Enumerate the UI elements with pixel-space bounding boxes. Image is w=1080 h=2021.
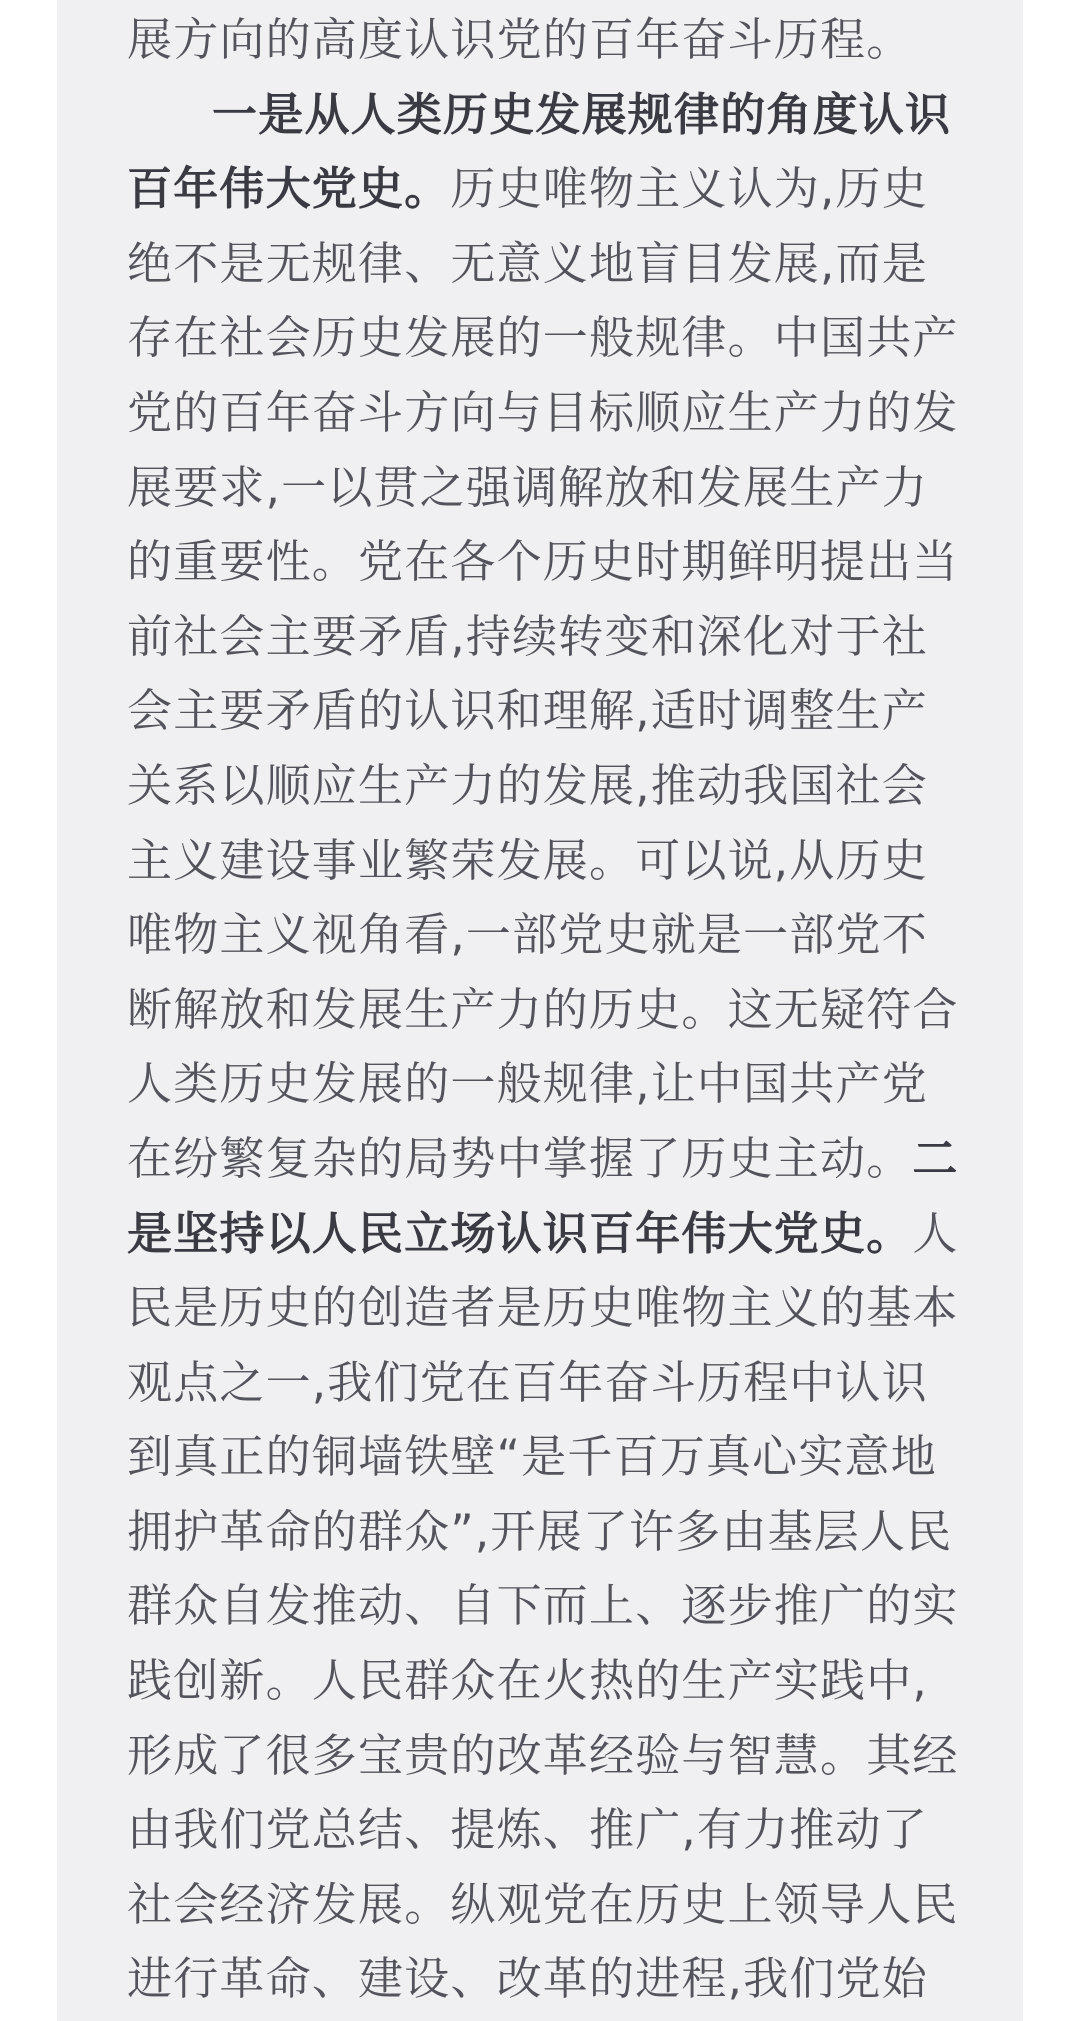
text-segment: 进行革命、建设、改革的进程,我们党始 bbox=[127, 1952, 928, 2005]
text-line: 人类历史发展的一般规律,让中国共产党 bbox=[127, 1047, 972, 1122]
text-segment: 形成了很多宝贵的改革经验与智慧。其经 bbox=[127, 1729, 959, 1782]
text-line: 在纷繁复杂的局势中掌握了历史主动。二 bbox=[127, 1122, 972, 1197]
text-segment: 在纷繁复杂的局势中掌握了历史主动。 bbox=[127, 1132, 912, 1185]
text-segment: 到真正的铜墙铁壁“是千百万真心实意地 bbox=[127, 1430, 937, 1483]
text-line: 绝不是无规律、无意义地盲目发展,而是 bbox=[127, 227, 972, 302]
article-content-column: 展方向的高度认识党的百年奋斗历程。一是从人类历史发展规律的角度认识百年伟大党史。… bbox=[57, 0, 1023, 2021]
text-segment: 历史唯物主义认为,历史 bbox=[450, 162, 928, 215]
text-segment: 主义建设事业繁荣发展。可以说,从历史 bbox=[127, 834, 928, 887]
text-line: 践创新。人民群众在火热的生产实践中, bbox=[127, 1644, 972, 1719]
text-segment: 拥护革命的群众”,开展了许多由基层人民 bbox=[127, 1505, 952, 1558]
text-segment: 践创新。人民群众在火热的生产实践中, bbox=[127, 1654, 928, 1707]
text-line: 百年伟大党史。历史唯物主义认为,历史 bbox=[127, 152, 972, 227]
text-line: 唯物主义视角看,一部党史就是一部党不 bbox=[127, 898, 972, 973]
bold-text-segment: 百年伟大党史。 bbox=[127, 162, 450, 215]
text-line: 展要求,一以贯之强调解放和发展生产力 bbox=[127, 451, 972, 526]
text-line: 存在社会历史发展的一般规律。中国共产 bbox=[127, 301, 972, 376]
text-line: 进行革命、建设、改革的进程,我们党始 bbox=[127, 1942, 972, 2017]
text-line: 展方向的高度认识党的百年奋斗历程。 bbox=[127, 3, 972, 78]
text-segment: 展方向的高度认识党的百年奋斗历程。 bbox=[127, 13, 912, 66]
text-line: 主义建设事业繁荣发展。可以说,从历史 bbox=[127, 824, 972, 899]
text-segment: 民是历史的创造者是历史唯物主义的基本 bbox=[127, 1281, 959, 1334]
text-line: 是坚持以人民立场认识百年伟大党史。人 bbox=[127, 1197, 972, 1272]
text-segment: 绝不是无规律、无意义地盲目发展,而是 bbox=[127, 237, 928, 290]
page: { "page": { "background": "#ffffff", "co… bbox=[0, 0, 1080, 2021]
text-line: 关系以顺应生产力的发展,推动我国社会 bbox=[127, 749, 972, 824]
text-segment: 的重要性。党在各个历史时期鲜明提出当 bbox=[127, 535, 959, 588]
text-line: 断解放和发展生产力的历史。这无疑符合 bbox=[127, 973, 972, 1048]
text-segment: 人 bbox=[912, 1207, 958, 1260]
bold-text-segment: 是坚持以人民立场认识百年伟大党史。 bbox=[127, 1207, 912, 1260]
text-segment: 由我们党总结、提炼、推广,有力推动了 bbox=[127, 1803, 928, 1856]
text-line: 由我们党总结、提炼、推广,有力推动了 bbox=[127, 1793, 972, 1868]
text-line: 社会经济发展。纵观党在历史上领导人民 bbox=[127, 1868, 972, 1943]
text-segment: 展要求,一以贯之强调解放和发展生产力 bbox=[127, 461, 928, 514]
text-segment: 党的百年奋斗方向与目标顺应生产力的发 bbox=[127, 386, 959, 439]
text-segment: 人类历史发展的一般规律,让中国共产党 bbox=[127, 1057, 928, 1110]
text-segment: 观点之一,我们党在百年奋斗历程中认识 bbox=[127, 1356, 928, 1409]
text-line: 到真正的铜墙铁壁“是千百万真心实意地 bbox=[127, 1420, 972, 1495]
text-segment: 存在社会历史发展的一般规律。中国共产 bbox=[127, 311, 959, 364]
article-text: 展方向的高度认识党的百年奋斗历程。一是从人类历史发展规律的角度认识百年伟大党史。… bbox=[127, 3, 972, 2017]
text-line: 拥护革命的群众”,开展了许多由基层人民 bbox=[127, 1495, 972, 1570]
text-line: 会主要矛盾的认识和理解,适时调整生产 bbox=[127, 674, 972, 749]
text-segment: 断解放和发展生产力的历史。这无疑符合 bbox=[127, 983, 959, 1036]
text-segment: 唯物主义视角看,一部党史就是一部党不 bbox=[127, 908, 928, 961]
text-line: 群众自发推动、自下而上、逐步推广的实 bbox=[127, 1569, 972, 1644]
text-line: 民是历史的创造者是历史唯物主义的基本 bbox=[127, 1271, 972, 1346]
text-segment: 关系以顺应生产力的发展,推动我国社会 bbox=[127, 759, 928, 812]
text-line: 党的百年奋斗方向与目标顺应生产力的发 bbox=[127, 376, 972, 451]
bold-text-segment: 一是从人类历史发展规律的角度认识 bbox=[212, 88, 951, 141]
text-line: 一是从人类历史发展规律的角度认识 bbox=[127, 78, 972, 153]
text-line: 形成了很多宝贵的改革经验与智慧。其经 bbox=[127, 1719, 972, 1794]
bold-text-segment: 二 bbox=[912, 1132, 958, 1185]
text-segment: 会主要矛盾的认识和理解,适时调整生产 bbox=[127, 684, 928, 737]
text-segment: 前社会主要矛盾,持续转变和深化对于社 bbox=[127, 610, 928, 663]
text-line: 前社会主要矛盾,持续转变和深化对于社 bbox=[127, 600, 972, 675]
text-line: 的重要性。党在各个历史时期鲜明提出当 bbox=[127, 525, 972, 600]
text-segment: 群众自发推动、自下而上、逐步推广的实 bbox=[127, 1579, 959, 1632]
text-line: 观点之一,我们党在百年奋斗历程中认识 bbox=[127, 1346, 972, 1421]
text-segment: 社会经济发展。纵观党在历史上领导人民 bbox=[127, 1878, 959, 1931]
